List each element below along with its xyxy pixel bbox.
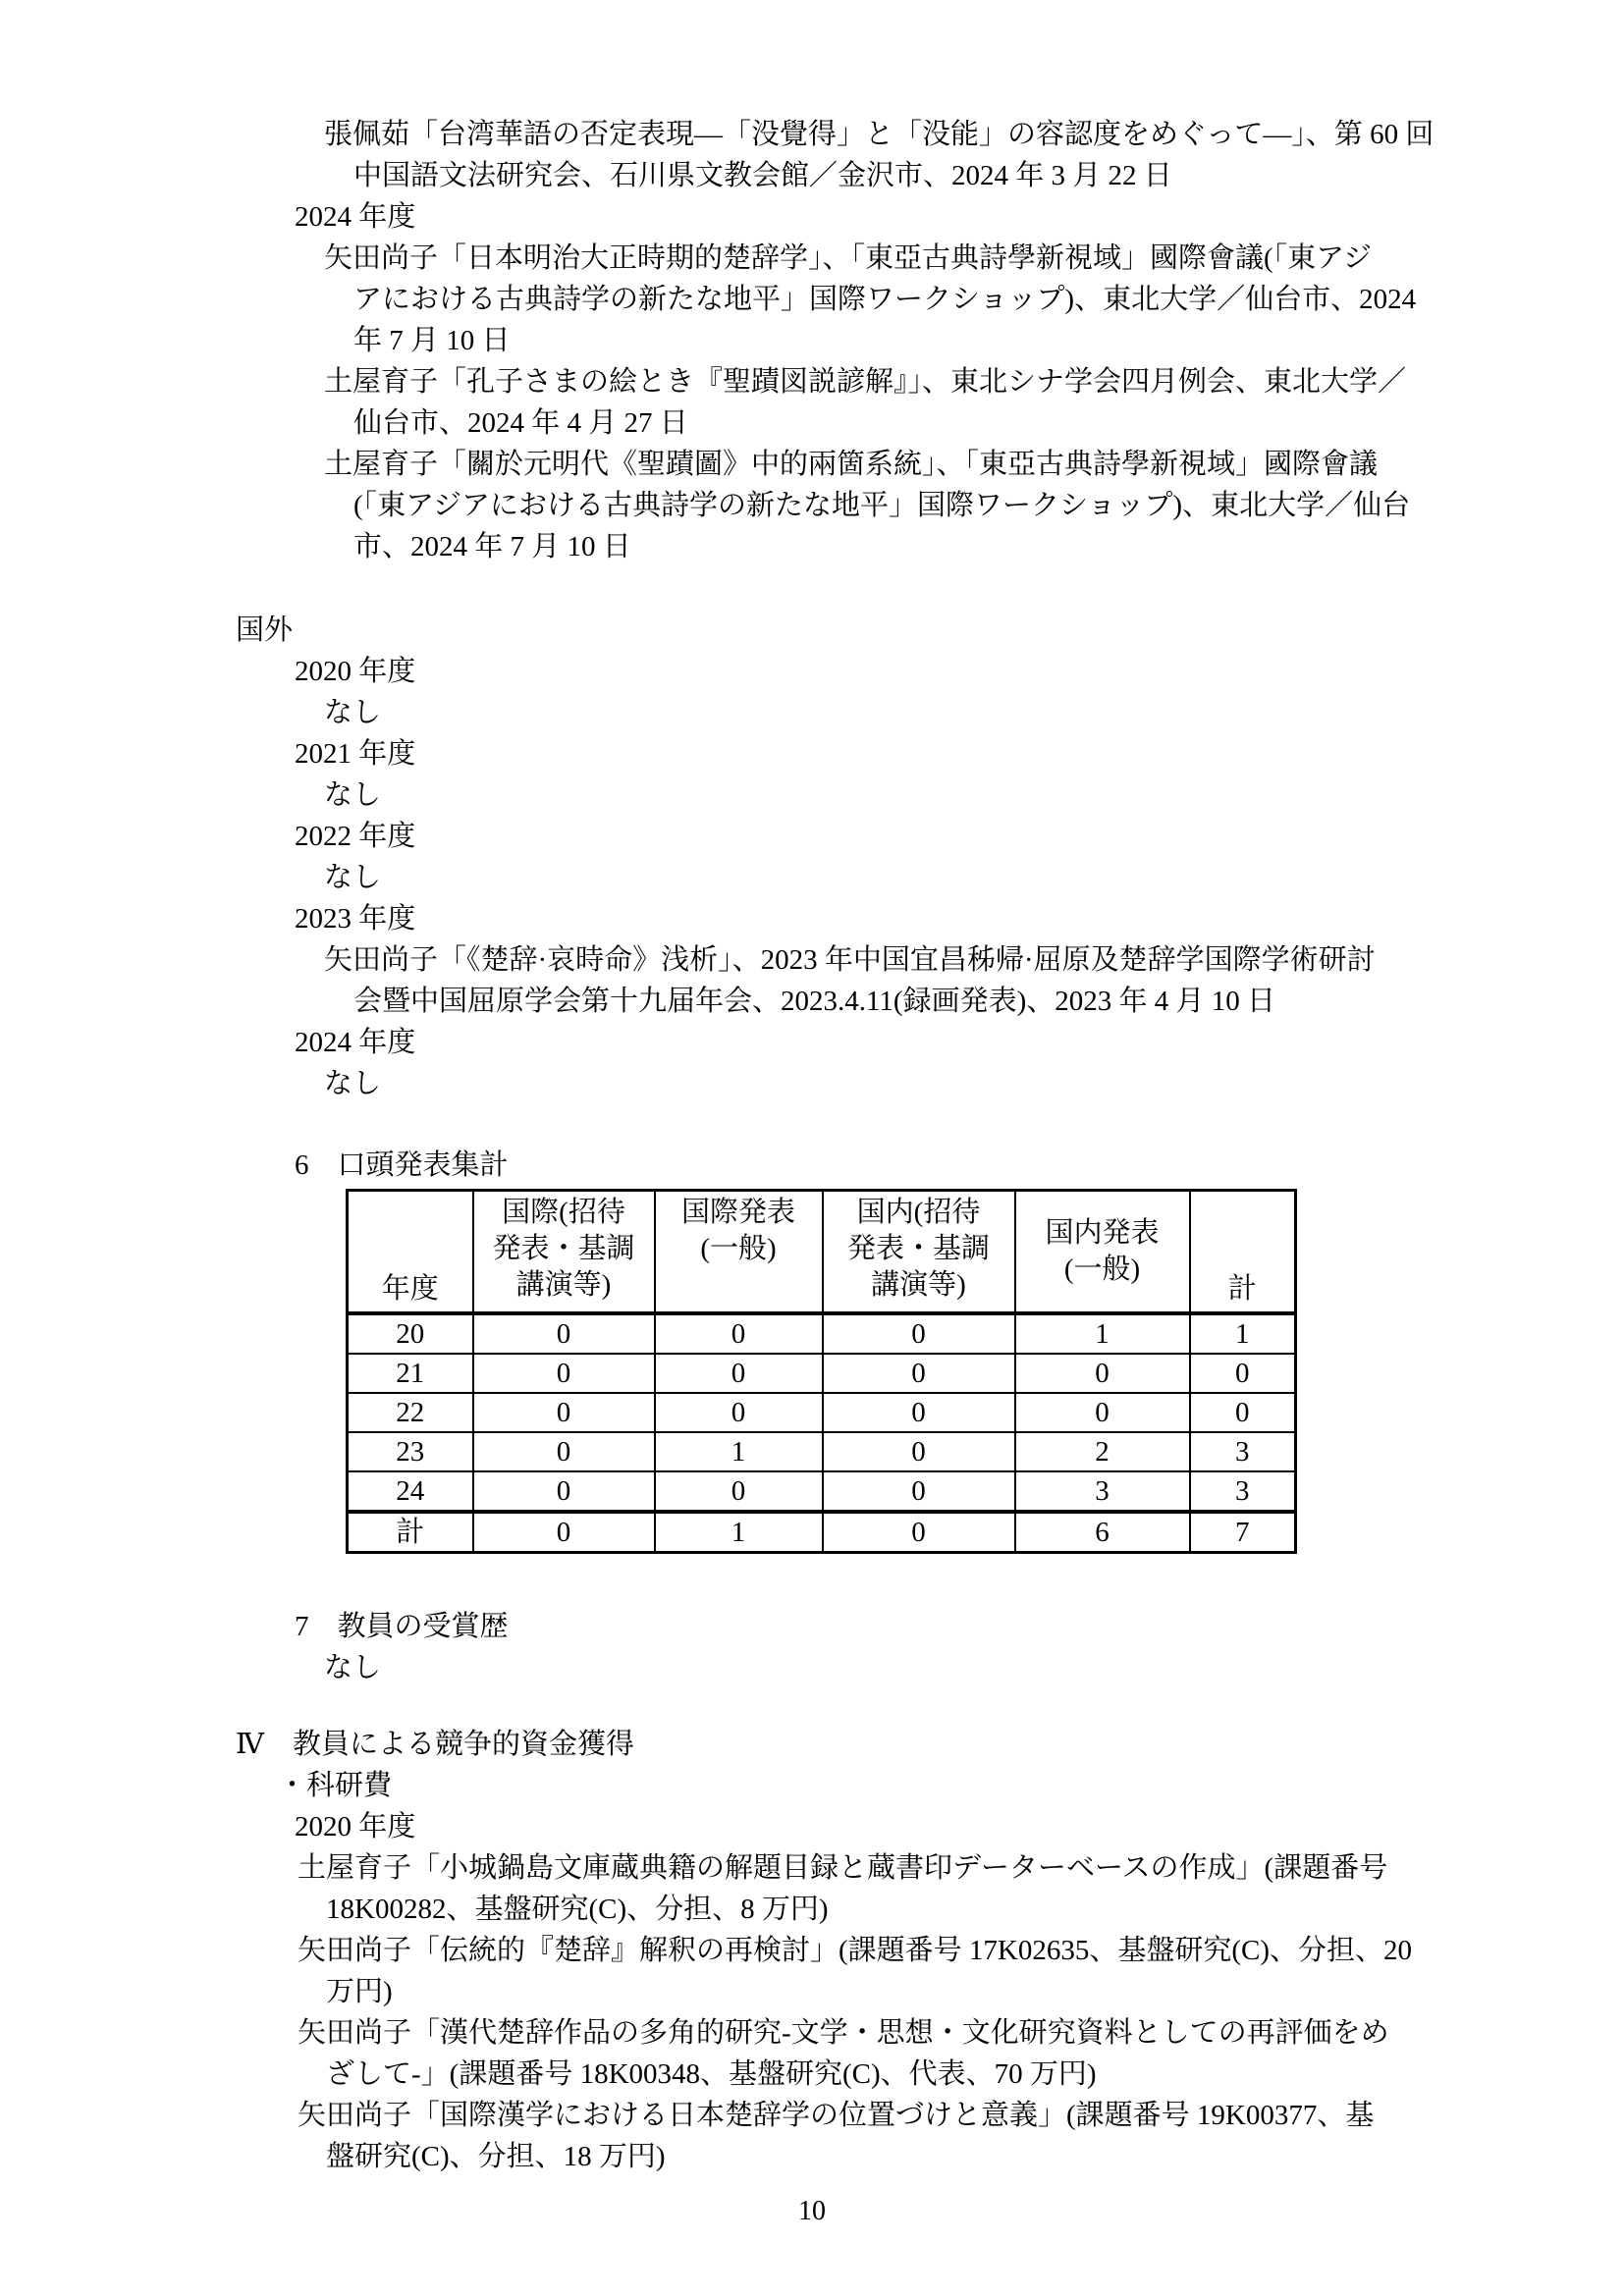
none-label: なし [0,1647,1624,1688]
table-cell: 24 [348,1471,473,1512]
table-header-text: 計 [1191,1271,1295,1308]
grant-entry-continuation: ざして-」(課題番号 18K00348、基盤研究(C)、代表、70 万円) [0,2054,1624,2095]
table-header-text: 国内発表 [1016,1215,1189,1252]
presentation-entry: 張佩茹「台湾華語の否定表現―「没覺得」と「没能」の容認度をめぐって―」、第 60… [0,114,1624,155]
fiscal-year-label: 2023 年度 [0,898,1624,939]
table-header-text: (一般) [656,1231,822,1267]
table-cell: 0 [473,1471,655,1512]
table-header-cell: 国際発表(一般) [655,1191,823,1314]
table-row: 2400033 [348,1471,1296,1512]
table-cell: 0 [473,1354,655,1393]
table-cell: 0 [823,1471,1015,1512]
table-header-text: (一般) [1016,1252,1189,1288]
grant-entry-continuation: 万円) [0,1971,1624,2012]
table-cell: 0 [655,1471,823,1512]
table-cell: 0 [823,1432,1015,1471]
table-cell: 0 [823,1512,1015,1553]
page-content: 張佩茹「台湾華語の否定表現―「没覺得」と「没能」の容認度をめぐって―」、第 60… [0,0,1624,2232]
table-header-text: 国際(招待 [474,1195,654,1231]
grant-entry-continuation: 18K00282、基盤研究(C)、分担、8 万円) [0,1889,1624,1930]
table-cell: 1 [655,1432,823,1471]
table-cell: 0 [823,1354,1015,1393]
table-cell: 1 [1190,1313,1296,1354]
fiscal-year-label: 2024 年度 [0,196,1624,238]
table-cell: 0 [1190,1354,1296,1393]
table-row: 2100000 [348,1354,1296,1393]
fiscal-year-label: 2024 年度 [0,1022,1624,1063]
table-row: 2200000 [348,1393,1296,1432]
table-cell: 3 [1190,1471,1296,1512]
table-row: 計01067 [348,1512,1296,1553]
presentation-entry-continuation: 年 7 月 10 日 [0,320,1624,361]
document-page: 張佩茹「台湾華語の否定表現―「没覺得」と「没能」の容認度をめぐって―」、第 60… [0,0,1624,2296]
table-cell: 0 [655,1354,823,1393]
none-label: なし [0,774,1624,816]
table-cell: 20 [348,1313,473,1354]
grant-entry: 矢田尚子「漢代楚辞作品の多角的研究-文学・思想・文化研究資料としての再評価をめ [0,2012,1624,2054]
table-header-row: 年度国際(招待発表・基調講演等)国際発表(一般)国内(招待発表・基調講演等)国内… [348,1191,1296,1314]
table-cell: 23 [348,1432,473,1471]
table-header-text: 講演等) [824,1267,1014,1304]
table-cell: 0 [823,1393,1015,1432]
table-cell: 3 [1190,1432,1296,1471]
spacer [0,2177,1624,2191]
none-label: なし [0,692,1624,733]
spacer [0,1688,1624,1724]
presentation-entry: 矢田尚子「《楚辞·哀時命》浅析」、2023 年中国宜昌秭帰·屈原及楚辞学国際学術… [0,939,1624,981]
table-cell: 1 [1015,1313,1190,1354]
presentation-entry-continuation: 中国語文法研究会、石川県文教会館／金沢市、2024 年 3 月 22 日 [0,155,1624,196]
table-cell: 0 [473,1313,655,1354]
table-header-text: 発表・基調 [474,1231,654,1267]
table-cell: 0 [1015,1354,1190,1393]
none-label: なし [0,1063,1624,1104]
grant-entry: 土屋育子「小城鍋島文庫蔵典籍の解題目録と蔵書印データーベースの作成」(課題番号 [0,1847,1624,1889]
fiscal-year-label: 2022 年度 [0,816,1624,857]
presentation-entry: 土屋育子「關於元明代《聖蹟圖》中的兩箇系統」、「東亞古典詩學新視域」國際會議 [0,444,1624,485]
table-header-cell: 計 [1190,1191,1296,1314]
bullet-item-kakenhi: ・科研費 [0,1765,1624,1806]
table-cell: 0 [1015,1393,1190,1432]
grant-entry-continuation: 盤研究(C)、分担、18 万円) [0,2136,1624,2177]
table-cell: 6 [1015,1512,1190,1553]
table-header-text: 国際発表 [656,1195,822,1231]
table-header-cell: 国内発表(一般) [1015,1191,1190,1314]
table-header-cell: 国内(招待発表・基調講演等) [823,1191,1015,1314]
table-cell: 0 [1190,1393,1296,1432]
page-number: 10 [0,2191,1624,2232]
table-cell: 3 [1015,1471,1190,1512]
presentation-entry: 矢田尚子「日本明治大正時期的楚辞学」、「東亞古典詩學新視域」國際會議(「東アジ [0,238,1624,279]
table-header-text: 発表・基調 [824,1231,1014,1267]
table-cell: 22 [348,1393,473,1432]
table-cell: 21 [348,1354,473,1393]
section-heading-competitive-funds: Ⅳ 教員による競争的資金獲得 [0,1724,1624,1765]
table-cell: 計 [348,1512,473,1553]
numbered-heading-oral-summary: 6 口頭発表集計 [0,1145,1624,1186]
table-cell: 7 [1190,1512,1296,1553]
table-cell: 0 [473,1432,655,1471]
table-header-text: 年度 [349,1271,472,1308]
presentation-entry-continuation: 会暨中国屈原学会第十九届年会、2023.4.11(録画発表)、2023 年 4 … [0,981,1624,1022]
spacer [0,1104,1624,1145]
table-header-text: 国内(招待 [824,1195,1014,1231]
table-cell: 0 [473,1393,655,1432]
grant-entry: 矢田尚子「伝統的『楚辞』解釈の再検討」(課題番号 17K02635、基盤研究(C… [0,1930,1624,1971]
presentation-entry-continuation: アにおける古典詩学の新たな地平」国際ワークショップ)、東北大学／仙台市、2024 [0,279,1624,320]
fiscal-year-label: 2020 年度 [0,1806,1624,1847]
oral-presentation-summary-table: 年度国際(招待発表・基調講演等)国際発表(一般)国内(招待発表・基調講演等)国内… [346,1189,1297,1554]
spacer [0,1554,1624,1606]
presentation-entry: 土屋育子「孔子さまの絵とき『聖蹟図説諺解』」、東北シナ学会四月例会、東北大学／ [0,361,1624,402]
table-cell: 0 [655,1313,823,1354]
table-header-text: 講演等) [474,1267,654,1304]
presentation-entry-continuation: 仙台市、2024 年 4 月 27 日 [0,402,1624,444]
table-header-cell: 国際(招待発表・基調講演等) [473,1191,655,1314]
fiscal-year-label: 2020 年度 [0,651,1624,692]
spacer [0,567,1624,610]
table-cell: 0 [655,1393,823,1432]
table-cell: 2 [1015,1432,1190,1471]
grant-entry: 矢田尚子「国際漢学における日本楚辞学の位置づけと意義」(課題番号 19K0037… [0,2095,1624,2136]
numbered-heading-awards: 7 教員の受賞歴 [0,1606,1624,1647]
none-label: なし [0,857,1624,898]
presentation-entry-continuation: 市、2024 年 7 月 10 日 [0,526,1624,567]
fiscal-year-label: 2021 年度 [0,733,1624,774]
section-heading-overseas: 国外 [0,610,1624,651]
table-cell: 0 [473,1512,655,1553]
table-row: 2000011 [348,1313,1296,1354]
table-header-cell: 年度 [348,1191,473,1314]
table-row: 2301023 [348,1432,1296,1471]
table-cell: 1 [655,1512,823,1553]
table-cell: 0 [823,1313,1015,1354]
presentation-entry-continuation: (「東アジアにおける古典詩学の新たな地平」国際ワークショップ)、東北大学／仙台 [0,485,1624,526]
